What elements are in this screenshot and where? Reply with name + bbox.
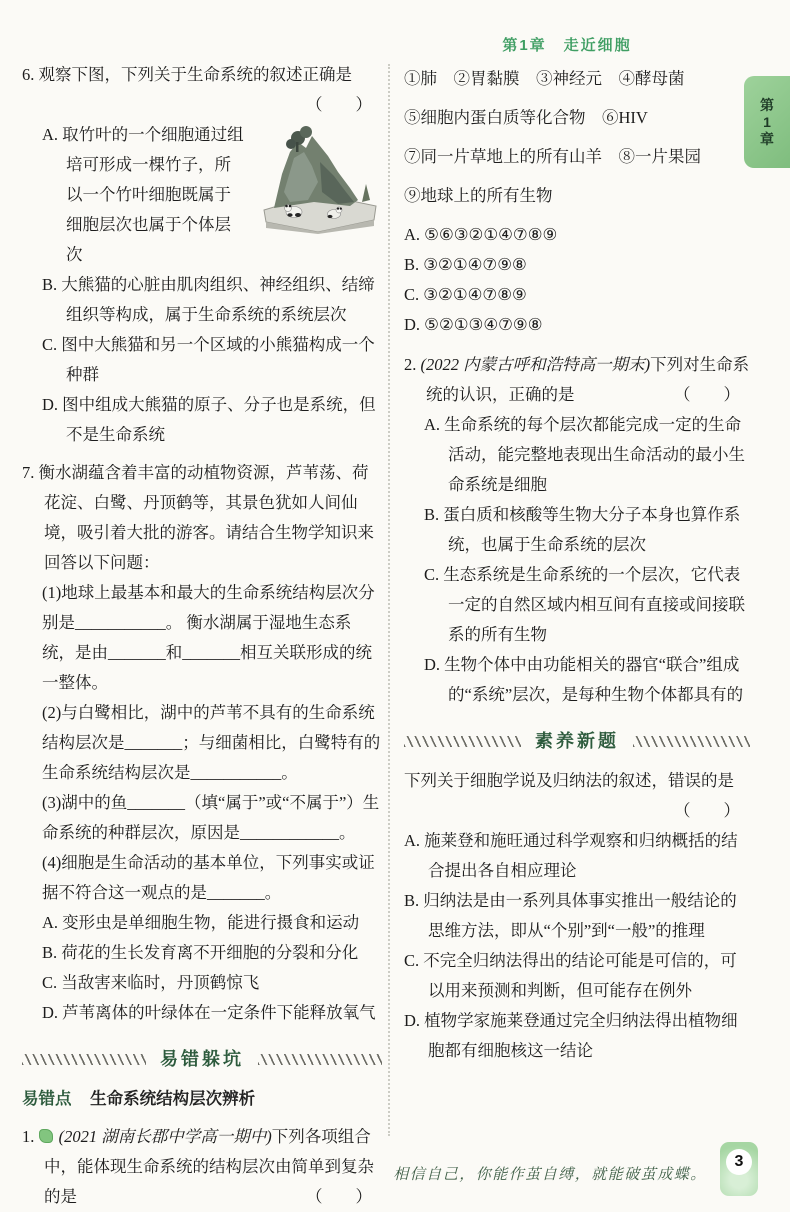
chapter-tab-line: 章 [760, 131, 774, 148]
option-d: D. 生物个体中由功能相关的器官“联合”组成的“系统”层次，是每种生物个体都具有… [424, 650, 750, 710]
mistake-point-row: 易错点 生命系统结构层次辨析 [22, 1084, 382, 1114]
panda-diorama-image [254, 122, 382, 234]
question-number: 1. [22, 1127, 34, 1146]
option-d: D. 图中组成大熊猫的原子、分子也是系统，但不是生命系统 [42, 390, 382, 450]
option-c: C. 不完全归纳法得出的结论可能是可信的，可以用来预测和判断，但可能存在例外 [404, 946, 750, 1006]
numbered-item-line: ⑨地球上的所有生物 [404, 181, 750, 211]
option-d: D. 植物学家施莱登通过完全归纳法得出植物细胞都有细胞核这一结论 [404, 1006, 750, 1066]
question-number: 6. [22, 65, 34, 84]
option-d: D. 芦苇离体的叶绿体在一定条件下能释放氧气 [42, 998, 382, 1028]
section-title: 素养新题 [535, 726, 619, 756]
hatch-decoration [404, 736, 521, 747]
page-header-chapter-title: 第1章 走近细胞 [402, 34, 732, 55]
question-3: 下列关于细胞学说及归纳法的叙述，错误的是 （ ） A. 施莱登和施旺通过科学观察… [404, 766, 750, 1066]
question-2: 2. (2022 内蒙古呼和浩特高一期末)下列对生命系统的认识，正确的是 （ ）… [404, 350, 750, 710]
answer-bracket: （ ） [404, 796, 750, 826]
option-a: A. 施莱登和施旺通过科学观察和归纳概括的结合提出各自相应理论 [404, 826, 750, 886]
right-column: ①肺 ②胃黏膜 ③神经元 ④酵母菌 ⑤细胞内蛋白质等化合物 ⑥HIV ⑦同一片草… [404, 64, 750, 1074]
option-c: C. ③②①④⑦⑧⑨ [404, 280, 750, 310]
hatch-decoration [22, 1054, 146, 1065]
leaf-icon [39, 1129, 53, 1143]
section-header-mistakes: 易错躲坑 [22, 1044, 382, 1074]
question-7-stem: 7. 衡水湖蕴含着丰富的动植物资源，芦苇荡、荷花淀、白鹭、丹顶鹤等，其景色犹如人… [22, 458, 382, 578]
page-number: 3 [726, 1149, 752, 1175]
chapter-side-tab: 第 1 章 [744, 76, 790, 168]
hatch-decoration [633, 736, 750, 747]
hatch-decoration [258, 1054, 382, 1065]
option-c: C. 当敌害来临时，丹顶鹤惊飞 [42, 968, 382, 998]
section-title: 易错躲坑 [160, 1044, 244, 1074]
question-number: 7. [22, 463, 34, 482]
question-3-stem: 下列关于细胞学说及归纳法的叙述，错误的是 [404, 766, 750, 796]
question-7: 7. 衡水湖蕴含着丰富的动植物资源，芦苇荡、荷花淀、白鹭、丹顶鹤等，其景色犹如人… [22, 458, 382, 1028]
option-a: A. ⑤⑥③②①④⑦⑧⑨ [404, 220, 750, 250]
question-6: 6. 观察下图，下列关于生命系统的叙述正确是 （ ） [22, 60, 382, 450]
sub-question-1: (1)地球上最基本和最大的生命系统结构层次分别是___________。 衡水湖… [22, 578, 382, 698]
question-source: (2021 湖南长郡中学高一期中) [59, 1127, 272, 1146]
question-6-stem: 6. 观察下图，下列关于生命系统的叙述正确是 [22, 60, 382, 90]
option-c: C. 生态系统是生命系统的一个层次，它代表一定的自然区域内相互间有直接或间接联系… [424, 560, 750, 650]
mistake-point-topic: 生命系统结构层次辨析 [90, 1090, 255, 1108]
page-number-badge: 3 [720, 1142, 758, 1196]
sub-question-2: (2)与白鹭相比，湖中的芦苇不具有的生命系统结构层次是_______；与细菌相比… [22, 698, 382, 788]
option-b: B. ③②①④⑦⑨⑧ [404, 250, 750, 280]
numbered-item-line: ①肺 ②胃黏膜 ③神经元 ④酵母菌 [404, 64, 750, 94]
question-1-options: A. ⑤⑥③②①④⑦⑧⑨ B. ③②①④⑦⑨⑧ C. ③②①④⑦⑧⑨ D. ⑤②… [404, 220, 750, 340]
answer-bracket: （ ） [22, 90, 382, 120]
option-b: B. 蛋白质和核酸等生物大分子本身也算作系统，也属于生命系统的层次 [424, 500, 750, 560]
numbered-item-line: ⑤细胞内蛋白质等化合物 ⑥HIV [404, 103, 750, 133]
question-7-options: A. 变形虫是单细胞生物，能进行摄食和运动 B. 荷花的生长发育离不开细胞的分裂… [22, 908, 382, 1028]
option-c: C. 图中大熊猫和另一个区域的小熊猫构成一个种群 [42, 330, 382, 390]
question-2-options: A. 生命系统的每个层次都能完成一定的生命活动，能完整地表现出生命活动的最小生命… [404, 410, 750, 710]
chapter-tab-line: 第 [760, 97, 774, 114]
option-b: B. 归纳法是由一系列具体事实推出一般结论的思维方法，即从“个别”到“一般”的推… [404, 886, 750, 946]
option-a: A. 生命系统的每个层次都能完成一定的生命活动，能完整地表现出生命活动的最小生命… [424, 410, 750, 500]
question-number: 2. [404, 355, 416, 374]
question-text: 衡水湖蕴含着丰富的动植物资源，芦苇荡、荷花淀、白鹭、丹顶鹤等，其景色犹如人间仙境… [39, 463, 375, 572]
chapter-tab-line: 1 [763, 114, 771, 131]
numbered-item-line: ⑦同一片草地上的所有山羊 ⑧一片果园 [404, 142, 750, 172]
option-b: B. 荷花的生长发育离不开细胞的分裂和分化 [42, 938, 382, 968]
sub-question-3: (3)湖中的鱼_______（填“属于”或“不属于”）生命系统的种群层次，原因是… [22, 788, 382, 848]
mistake-point-label: 易错点 [22, 1090, 72, 1108]
option-b: B. 大熊猫的心脏由肌肉组织、神经组织、结缔组织等构成，属于生命系统的系统层次 [42, 270, 382, 330]
left-column: 6. 观察下图，下列关于生命系统的叙述正确是 （ ） [22, 60, 382, 1212]
question-text: 观察下图，下列关于生命系统的叙述正确是 [39, 65, 353, 84]
question-6-options: A. 取竹叶的一个细胞通过组培可形成一棵竹子，所以一个竹叶细胞既属于细胞层次也属… [22, 120, 382, 450]
page-footer: 相信自己，你能作茧自缚，就能破茧成蝶。 3 [0, 1148, 790, 1198]
option-d: D. ⑤②①③④⑦⑨⑧ [404, 310, 750, 340]
option-a: A. 变形虫是单细胞生物，能进行摄食和运动 [42, 908, 382, 938]
footer-motto: 相信自己，你能作茧自缚，就能破茧成蝶。 [390, 1163, 710, 1184]
question-source: (2022 内蒙古呼和浩特高一期末) [421, 355, 651, 374]
section-header-literacy: 素养新题 [404, 726, 750, 756]
column-divider [388, 64, 390, 1136]
sub-question-4: (4)细胞是生命活动的基本单位，下列事实或证据不符合这一观点的是_______。 [22, 848, 382, 908]
question-3-options: A. 施莱登和施旺通过科学观察和归纳概括的结合提出各自相应理论 B. 归纳法是由… [404, 826, 750, 1066]
